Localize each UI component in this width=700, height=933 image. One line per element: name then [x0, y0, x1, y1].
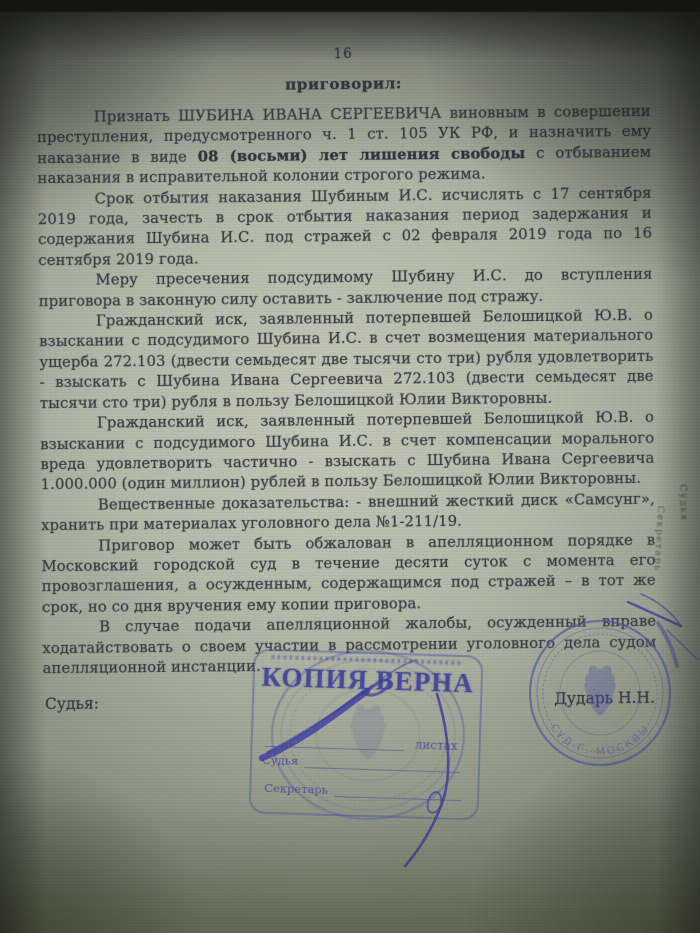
pen-signature	[0, 0, 700, 933]
document-photo: 16 приговорил: Признать ШУБИНА ИВАНА СЕР…	[0, 0, 700, 933]
